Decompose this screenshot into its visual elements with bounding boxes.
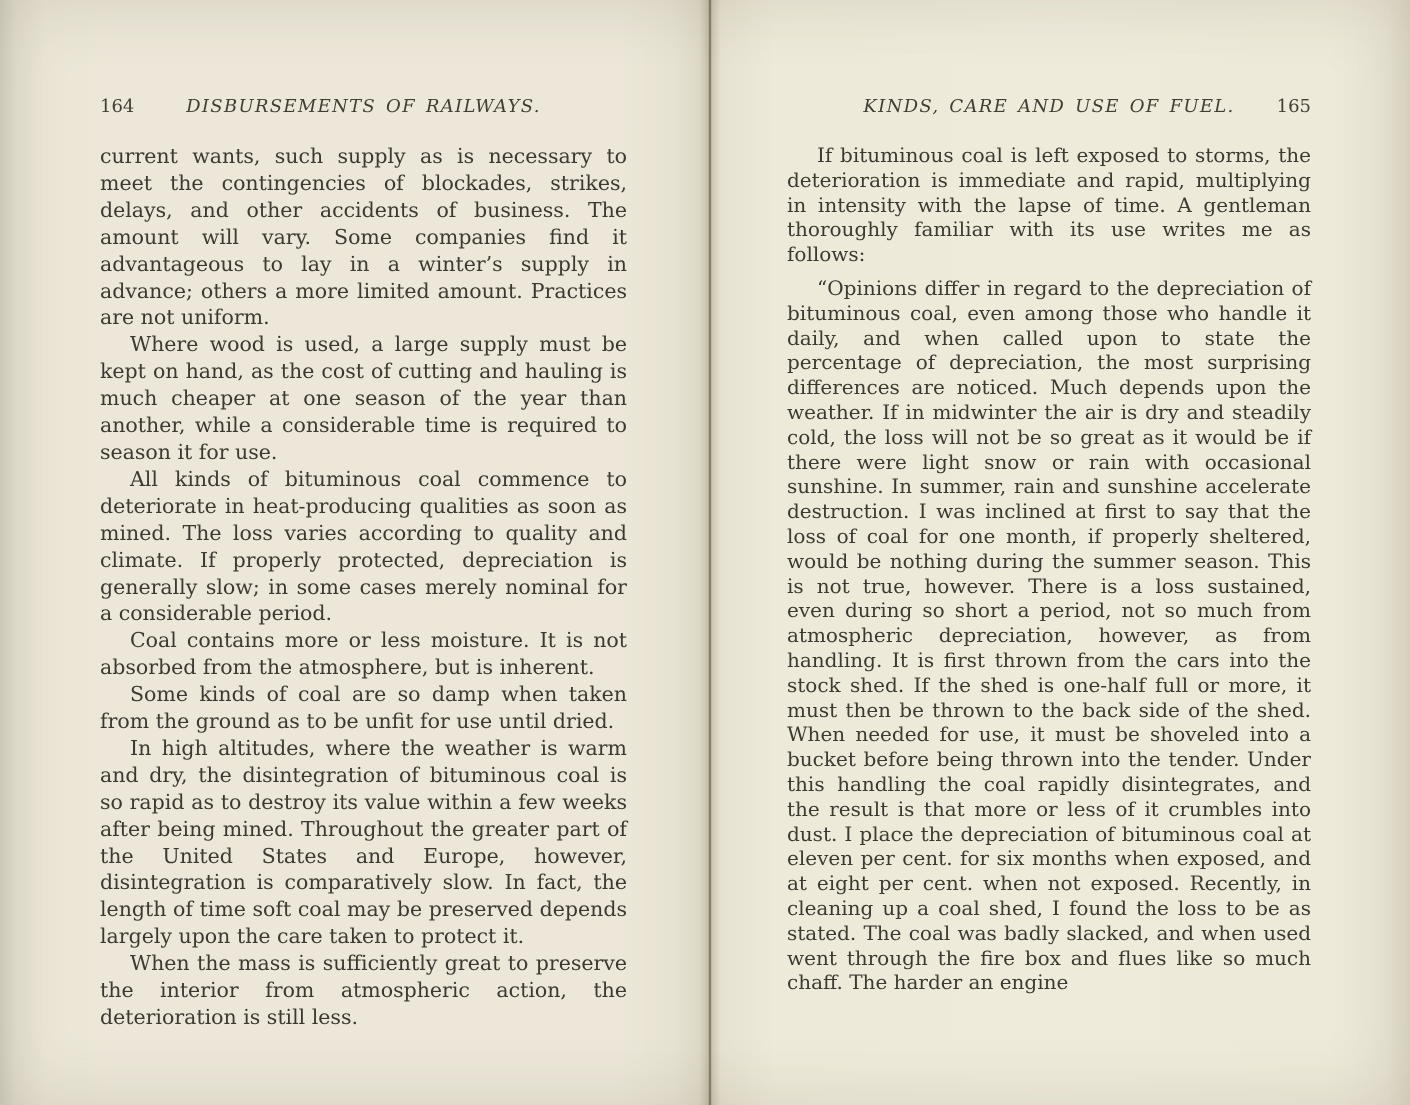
paragraph: current wants, such supply as is necessa…	[100, 143, 627, 331]
paragraph: In high altitudes, where the weather is …	[100, 735, 627, 950]
paragraph: Coal contains more or less moisture. It …	[100, 627, 627, 681]
paragraph: All kinds of bituminous coal commence to…	[100, 466, 627, 627]
paragraph: If bituminous coal is left exposed to st…	[787, 143, 1311, 267]
left-page: 164 DISBURSEMENTS OF RAILWAYS. current w…	[0, 0, 706, 1105]
right-page-number: 165	[1277, 96, 1311, 117]
right-running-head: KINDS, CARE AND USE OF FUEL.	[787, 96, 1311, 117]
left-running-head: DISBURSEMENTS OF RAILWAYS.	[100, 96, 627, 117]
right-page: KINDS, CARE AND USE OF FUEL. 165 If bitu…	[706, 0, 1410, 1105]
left-page-header: 164 DISBURSEMENTS OF RAILWAYS.	[100, 96, 627, 122]
paragraph: “Opinions differ in regard to the deprec…	[787, 276, 1311, 995]
right-page-body: If bituminous coal is left exposed to st…	[787, 143, 1311, 995]
paragraph: Some kinds of coal are so damp when take…	[100, 681, 627, 735]
paragraph: Where wood is used, a large supply must …	[100, 331, 627, 466]
book-spread: 164 DISBURSEMENTS OF RAILWAYS. current w…	[0, 0, 1410, 1105]
left-page-text-column: 164 DISBURSEMENTS OF RAILWAYS. current w…	[100, 96, 627, 1031]
left-page-number: 164	[100, 96, 134, 117]
left-page-body: current wants, such supply as is necessa…	[100, 143, 627, 1031]
paragraph: When the mass is sufficiently great to p…	[100, 950, 627, 1031]
right-page-text-column: KINDS, CARE AND USE OF FUEL. 165 If bitu…	[787, 96, 1311, 995]
right-page-header: KINDS, CARE AND USE OF FUEL. 165	[787, 96, 1311, 122]
